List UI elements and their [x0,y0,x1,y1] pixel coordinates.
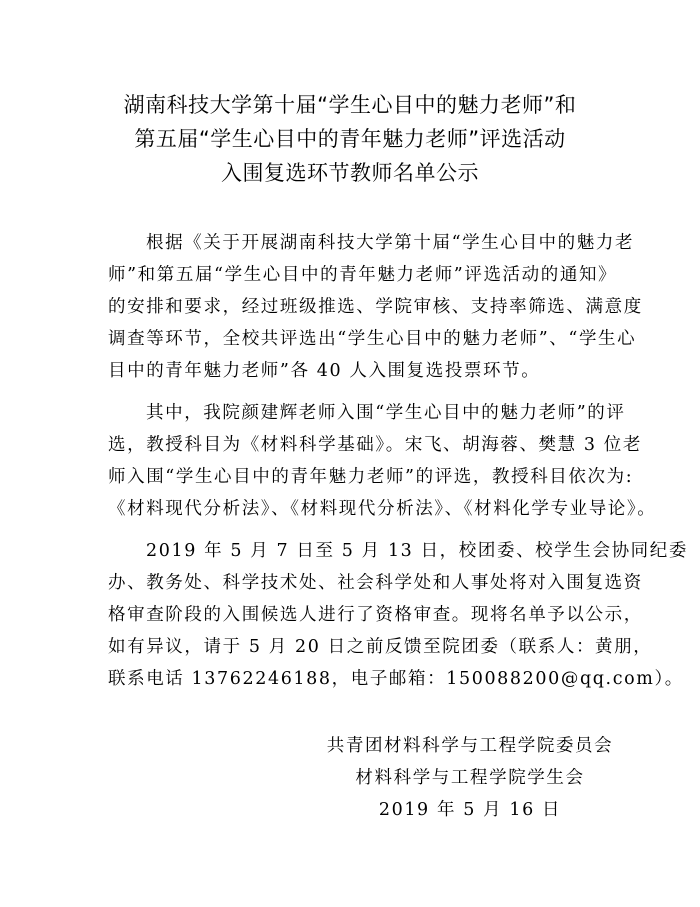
paragraph-line: 如有异议，请于 5 月 20 日之前反馈至院团委（联系人：黄朋， [108,631,596,663]
document-page: 湖南科技大学第十届“学生心目中的魅力老师”和 第五届“学生心目中的青年魅力老师”… [0,0,700,907]
paragraph-3: 2019 年 5 月 7 日至 5 月 13 日，校团委、校学生会协同纪委 办、… [108,535,596,695]
signature-date: 2019 年 5 月 16 日 [320,794,620,826]
paragraph-line: 选，教授科目为《材料科学基础》。宋飞、胡海蓉、樊慧 3 位老 [108,429,596,461]
paragraph-line: 根据《关于开展湖南科技大学第十届“学生心目中的魅力老 [108,227,596,259]
paragraph-line: 调查等环节，全校共评选出“学生心目中的魅力老师”、“学生心 [108,323,596,355]
paragraph-2: 其中，我院颜建辉老师入围“学生心目中的魅力老师”的评 选，教授科目为《材料科学基… [108,397,596,525]
paragraph-line: 目中的青年魅力老师”各 40 人入围复选投票环节。 [108,355,596,387]
title-line-1: 湖南科技大学第十届“学生心目中的魅力老师”和 [0,88,700,122]
paragraph-line: 师入围“学生心目中的青年魅力老师”的评选，教授科目依次为: [108,461,596,493]
title-line-2: 第五届“学生心目中的青年魅力老师”评选活动 [0,122,700,156]
contact-line: 联系电话 13762246188，电子邮箱：150088200@qq.com）。 [108,663,596,695]
paragraph-line: 办、教务处、科学技术处、社会科学处和人事处将对入围复选资 [108,567,596,599]
paragraph-line: 师”和第五届“学生心目中的青年魅力老师”评选活动的通知》 [108,259,596,291]
document-body: 根据《关于开展湖南科技大学第十届“学生心目中的魅力老 师”和第五届“学生心目中的… [108,227,596,705]
title-line-3: 入围复选环节教师名单公示 [0,156,700,190]
paragraph-line: 2019 年 5 月 7 日至 5 月 13 日，校团委、校学生会协同纪委 [108,535,596,567]
paragraph-line: 其中，我院颜建辉老师入围“学生心目中的魅力老师”的评 [108,397,596,429]
paragraph-1: 根据《关于开展湖南科技大学第十届“学生心目中的魅力老 师”和第五届“学生心目中的… [108,227,596,387]
signature-org-1: 共青团材料科学与工程学院委员会 [320,730,620,762]
paragraph-line: 《材料现代分析法》、《材料现代分析法》、《材料化学专业导论》。 [108,493,596,525]
signature-org-2: 材料科学与工程学院学生会 [320,762,620,794]
paragraph-line: 格审查阶段的入围候选人进行了资格审查。现将名单予以公示， [108,599,596,631]
signature-block: 共青团材料科学与工程学院委员会 材料科学与工程学院学生会 2019 年 5 月 … [320,730,620,826]
paragraph-line: 的安排和要求，经过班级推选、学院审核、支持率筛选、满意度 [108,291,596,323]
document-title: 湖南科技大学第十届“学生心目中的魅力老师”和 第五届“学生心目中的青年魅力老师”… [0,88,700,190]
